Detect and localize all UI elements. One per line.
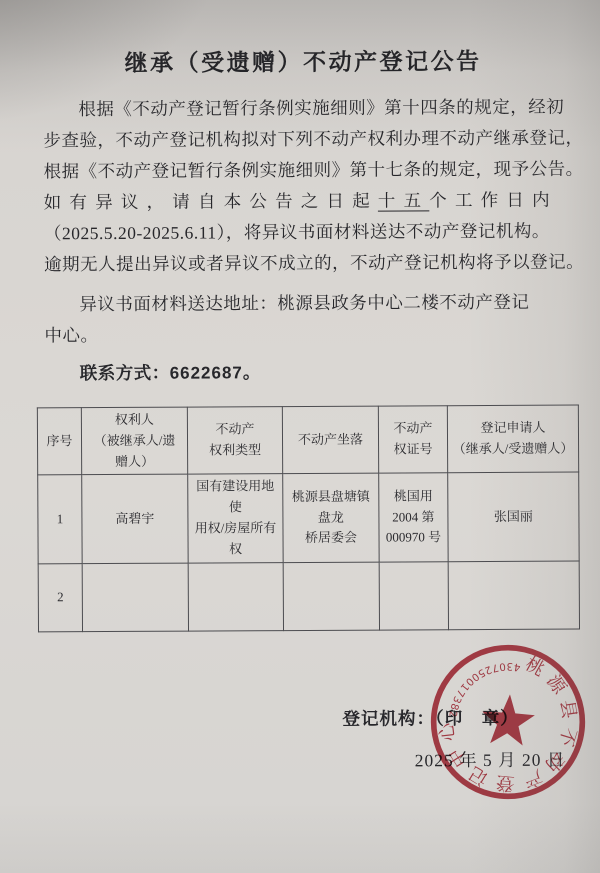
star-icon <box>474 689 545 759</box>
cell-right-type <box>188 562 283 630</box>
cell-cert-no: 桃国用 2004 第 000970 号 <box>379 473 448 562</box>
body-line: 根据《不动产登记暂行条例实施细则》第十七条的规定，现予公告。 <box>44 154 564 188</box>
table-row: 2 <box>38 561 579 632</box>
body-line: 逾期无人提出异议或者异议不成立的，不动产登记机构将予以登记。 <box>44 247 564 281</box>
body-line: 中心。 <box>44 318 564 352</box>
cell-applicant <box>448 561 579 630</box>
cell-location: 桃源县盘塘镇盘龙 桥居委会 <box>283 473 379 562</box>
objection-days-underlined: 十五 <box>378 190 430 210</box>
col-header-applicant: 登记申请人 （继承人/受遗赠人） <box>447 405 578 473</box>
property-table: 序号 权利人 （被继承人/遗 赠人） 不动产 权利类型 不动产坐落 不动产 权证… <box>37 405 580 632</box>
col-header-owner: 权利人 （被继承人/遗 赠人） <box>81 407 187 475</box>
body-line-address: 异议书面材料送达地址：桃源县政务中心二楼不动产登记 <box>44 287 564 321</box>
page-title: 继承（受遗赠）不动产登记公告 <box>43 43 563 79</box>
body-line: （2025.5.20-2025.6.11），将异议书面材料送达不动产登记机构。 <box>44 216 564 250</box>
contact-number: 6622687 <box>170 363 243 382</box>
col-header-location: 不动产坐落 <box>282 406 378 474</box>
announcement-body: 根据《不动产登记暂行条例实施细则》第十四条的规定，经初 步查验，不动产登记机构拟… <box>43 92 565 390</box>
col-header-cert-no: 不动产 权证号 <box>378 406 447 474</box>
body-line: 根据《不动产登记暂行条例实施细则》第十四条的规定，经初 <box>43 92 563 126</box>
cell-right-type: 国有建设用地使 用权/房屋所有 权 <box>188 474 283 563</box>
col-header-seq: 序号 <box>37 408 81 476</box>
cell-owner <box>82 563 188 632</box>
cell-owner: 高碧宇 <box>82 474 188 563</box>
col-header-right-type: 不动产 权利类型 <box>187 407 282 475</box>
cell-location <box>283 562 379 631</box>
contact-line: 联系方式：6622687。 <box>45 356 565 390</box>
objection-prefix: 如有异议，请自本公告之日起 <box>44 191 378 213</box>
document-photo: 继承（受遗赠）不动产登记公告 根据《不动产登记暂行条例实施细则》第十四条的规定，… <box>0 0 600 873</box>
body-line-objection-period: 如有异议，请自本公告之日起十五个工作日内 <box>44 185 564 219</box>
cell-cert-no <box>379 561 448 629</box>
objection-suffix: 个工作日内 <box>429 190 558 211</box>
cell-seq: 1 <box>38 475 82 563</box>
cell-applicant: 张国丽 <box>448 472 579 561</box>
body-line: 步查验，不动产登记机构拟对下列不动产权利办理不动产继承登记， <box>43 123 563 157</box>
table-header-row: 序号 权利人 （被继承人/遗 赠人） 不动产 权利类型 不动产坐落 不动产 权证… <box>37 405 578 475</box>
contact-label: 联系方式： <box>80 363 170 383</box>
cell-seq: 2 <box>38 563 82 631</box>
contact-suffix: 。 <box>243 362 261 382</box>
table-row: 1 高碧宇 国有建设用地使 用权/房屋所有 权 桃源县盘塘镇盘龙 桥居委会 桃国… <box>38 472 579 563</box>
